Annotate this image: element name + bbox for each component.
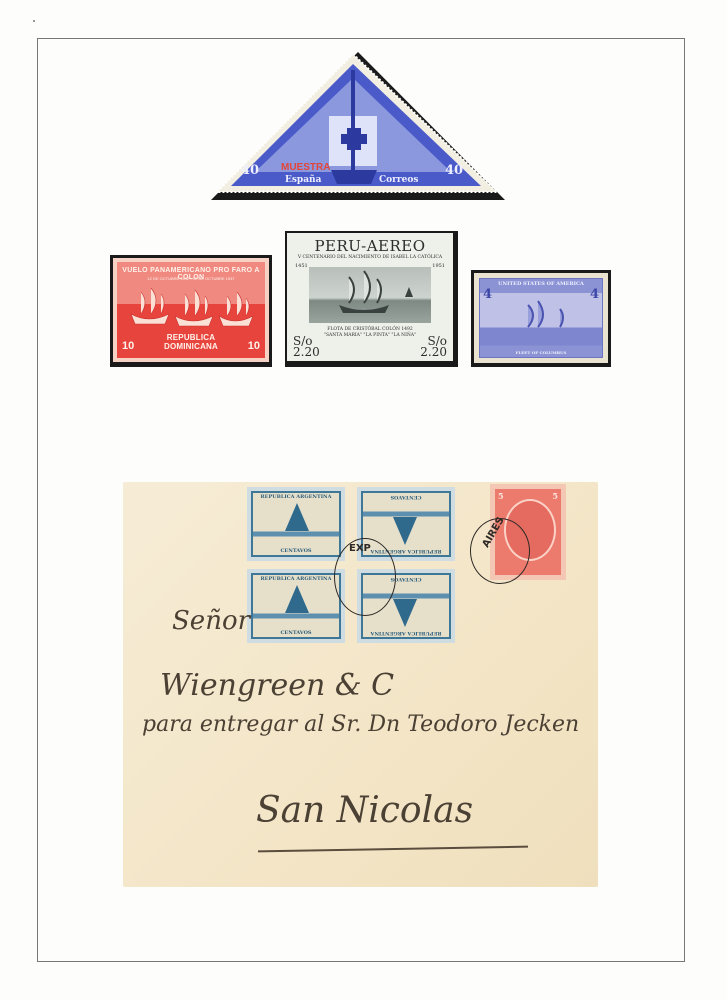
- service-label: Correos: [379, 175, 418, 185]
- caption-line-2: "SANTA MARIA" "LA PINTA" "LA NIÑA": [305, 333, 435, 339]
- year-left: 1451: [295, 263, 308, 269]
- value-left: 10: [122, 340, 134, 352]
- value-right: 4: [590, 287, 599, 302]
- stamp-dominican: VUELO PANAMERICANO PRO FARO A COLON 12 D…: [113, 258, 269, 362]
- address-line: para entregar al Sr. Dn Teodoro Jecken: [142, 712, 579, 737]
- ships-illustration: [127, 284, 257, 334]
- value-left: 4: [483, 287, 492, 302]
- address-line: Señor: [172, 606, 250, 636]
- right-value: 40: [445, 163, 463, 178]
- dominican-dates: 12 DE OCTUBRE 1492 - 12 DE OCTUBRE 1937: [117, 276, 265, 281]
- peru-subtitle: V CENTENARIO DEL NACIMIENTO DE ISABEL LA…: [287, 255, 453, 260]
- stamp-usa-columbian: UNITED STATES OF AMERICA 4 4 FLEET OF CO…: [474, 273, 608, 363]
- value-left: 5: [498, 491, 504, 501]
- address-line: San Nicolas: [256, 790, 473, 831]
- cover-stamp-argentina: REPUBLICA ARGENTINACENTAVOS: [247, 487, 345, 561]
- country-label: España: [285, 174, 322, 185]
- muestra-overprint: MUESTRA: [281, 162, 330, 173]
- stamp-peru-aereo: PERU-AEREO V CENTENARIO DEL NACIMIENTO D…: [287, 233, 453, 361]
- year-right: 1951: [432, 263, 445, 269]
- value-right: 5: [552, 491, 558, 501]
- left-value: 40: [241, 163, 259, 178]
- address-line: Wiengreen & C: [160, 668, 394, 703]
- peru-title: PERU-AEREO: [287, 237, 453, 255]
- stamp-spain-triangle: 40 40 MUESTRA España Correos: [211, 52, 505, 202]
- dominican-country: REPUBLICA DOMINICANA: [139, 333, 243, 351]
- ships-illustration: [508, 297, 578, 333]
- peru-caption: FLOTA DE CRISTÓBAL COLÓN 1492"SANTA MARI…: [305, 327, 435, 339]
- value-right: S/o2.20: [420, 336, 447, 358]
- cover-stamp-argentina: REPUBLICA ARGENTINACENTAVOS: [247, 569, 345, 643]
- postmark: EXP: [334, 538, 396, 616]
- value-right: 10: [248, 340, 260, 352]
- value-left: S/o2.20: [293, 336, 320, 358]
- usa-caption: FLEET OF COLUMBUS: [480, 350, 602, 355]
- scan-speck: [33, 20, 35, 22]
- postmark: AIRES: [470, 518, 530, 584]
- ship-engraving: [309, 267, 431, 323]
- usa-title: UNITED STATES OF AMERICA: [480, 281, 602, 287]
